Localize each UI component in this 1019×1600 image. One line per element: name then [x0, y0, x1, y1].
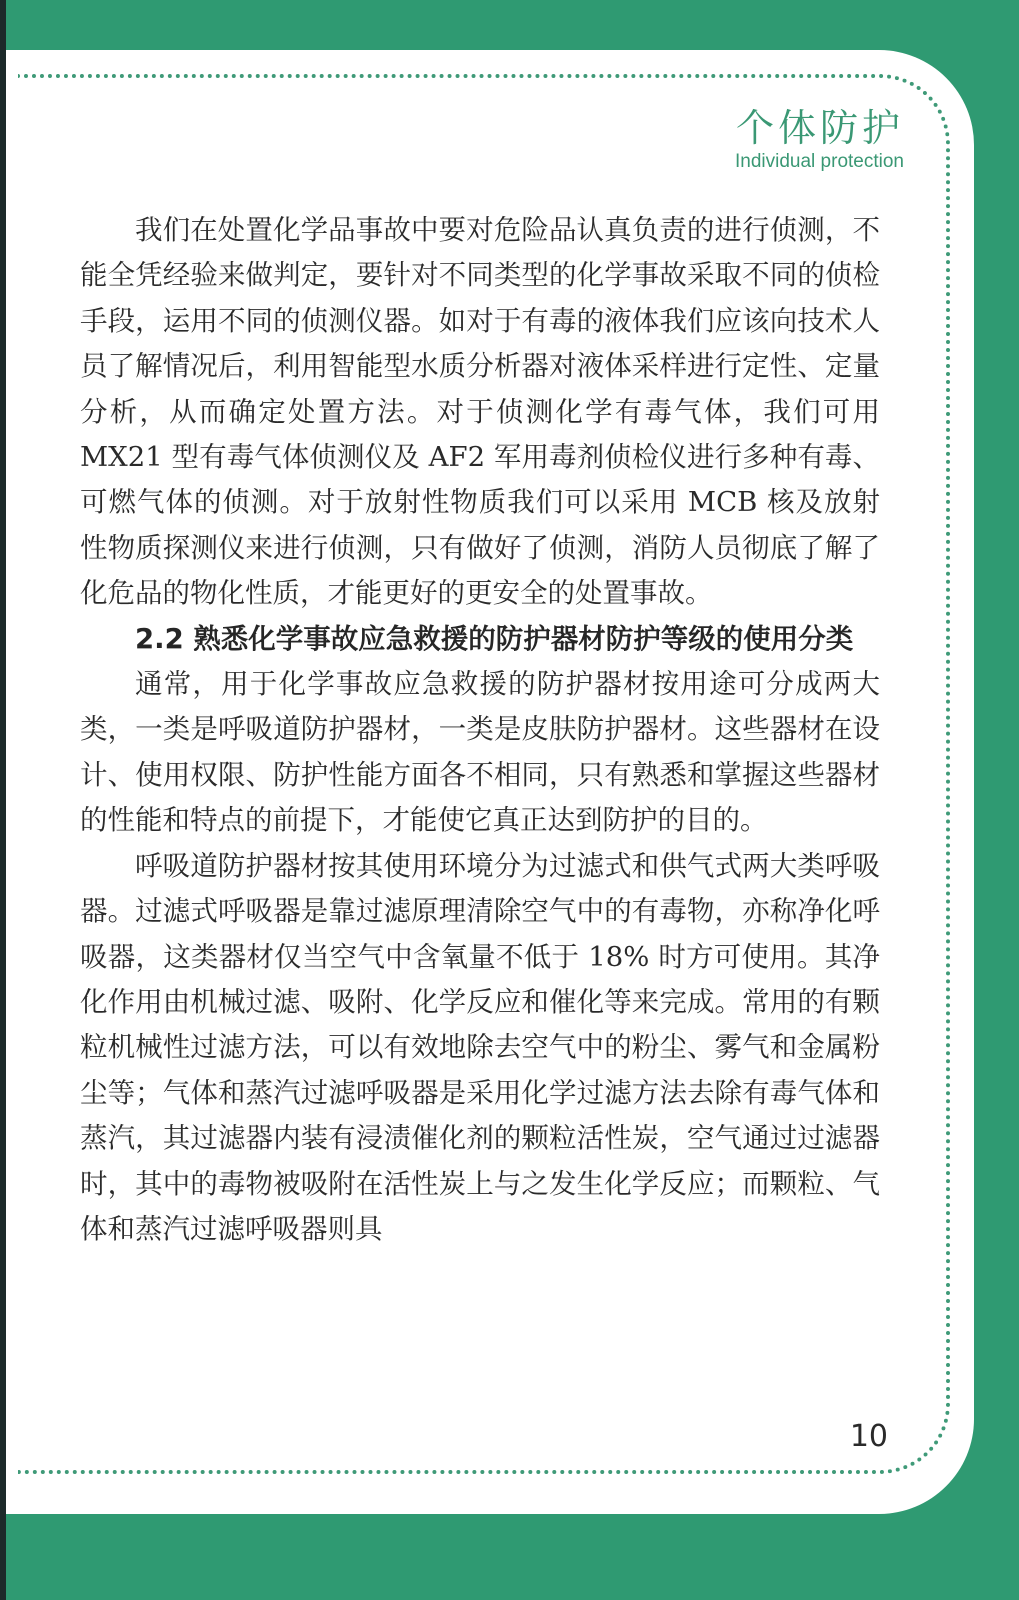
paragraph: 我们在处置化学品事故中要对危险品认真负责的进行侦测，不能全凭经验来做判定，要针对…	[80, 208, 880, 617]
section-title-cn: 个体防护	[735, 106, 904, 150]
page-sheet: 个体防护 Individual protection 我们在处置化学品事故中要对…	[6, 50, 974, 1514]
paragraph: 通常，用于化学事故应急救援的防护器材按用途可分成两大类，一类是呼吸道防护器材，一…	[80, 662, 880, 844]
paragraph: 呼吸道防护器材按其使用环境分为过滤式和供气式两大类呼吸器。过滤式呼吸器是靠过滤原…	[80, 844, 880, 1253]
section-heading: 2.2 熟悉化学事故应急救援的防护器材防护等级的使用分类	[80, 617, 880, 662]
section-title-en: Individual protection	[735, 150, 904, 174]
page-number: 10	[850, 1419, 888, 1454]
body-text: 我们在处置化学品事故中要对危险品认真负责的进行侦测，不能全凭经验来做判定，要针对…	[80, 208, 880, 1252]
section-header: 个体防护 Individual protection	[735, 106, 904, 174]
